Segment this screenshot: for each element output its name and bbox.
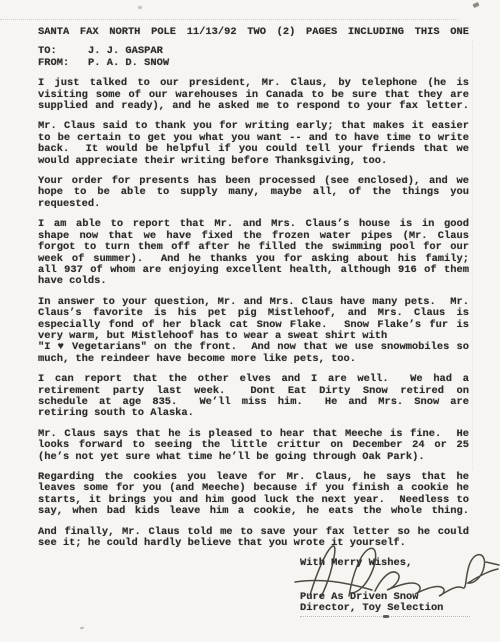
from-label: FROM: <box>38 58 88 69</box>
scan-artifact-edge <box>472 40 473 470</box>
scan-speck <box>80 627 84 630</box>
paragraph: I am able to report that Mr. and Mrs. Cl… <box>38 219 469 287</box>
paragraph: I can report that the other elves and I … <box>38 374 469 420</box>
scan-artifact-bottomline <box>300 616 470 617</box>
letter-line: I just talked to our president, Mr. Clau… <box>38 78 469 89</box>
paragraph: Mr. Claus says that he is pleased to hea… <box>38 429 469 463</box>
from-value: P. A. D. SNOW <box>88 58 169 69</box>
letter-line: hope to be able to supply many, maybe al… <box>38 187 469 198</box>
letter-line: have colds. <box>38 276 469 287</box>
scan-speck <box>383 615 389 618</box>
paragraph: Your order for presents has been process… <box>38 176 469 210</box>
letter-line: back. It would be helpful if you could t… <box>38 144 469 155</box>
fax-header-line: SANTA FAX NORTH POLE 11/13/92 TWO (2) PA… <box>38 27 469 38</box>
scan-speck <box>138 5 143 9</box>
scan-speck <box>472 2 479 8</box>
recipient-block: TO: J. J. GASPAR FROM: P. A. D. SNOW <box>38 46 469 69</box>
letter-line: would appreciate their writing before Th… <box>38 156 469 167</box>
scan-artifact-topline <box>0 19 458 20</box>
letter-line: retiring south to Alaska. <box>38 408 469 419</box>
paragraph: Mr. Claus said to thank you for writing … <box>38 121 469 167</box>
paragraph: I just talked to our president, Mr. Clau… <box>38 78 469 112</box>
from-row: FROM: P. A. D. SNOW <box>38 58 469 69</box>
paragraph: Regarding the cookies you leave for Mr. … <box>38 472 469 518</box>
letter-line: Claus’s favorite is his pet pig Mistleho… <box>38 308 469 319</box>
letter-line: (he’s not yet sure what time he’ll be go… <box>38 452 469 463</box>
letter-line: supplied and ready), and he asked me to … <box>38 101 469 112</box>
letter-line: much, the reindeer have become more like… <box>38 354 469 365</box>
letter-body-container: SANTA FAX NORTH POLE 11/13/92 TWO (2) PA… <box>38 27 469 615</box>
fax-letter-page: SANTA FAX NORTH POLE 11/13/92 TWO (2) PA… <box>0 0 500 642</box>
letter-line: looks forward to seeing the little critt… <box>38 440 469 451</box>
letter-line: I can report that the other elves and I … <box>38 374 469 385</box>
letter-line: I am able to report that Mr. and Mrs. Cl… <box>38 219 469 230</box>
letter-line: forgot to turn them off after he filled … <box>38 242 469 253</box>
letter-body: I just talked to our president, Mr. Clau… <box>38 78 469 549</box>
paragraph: In answer to your question, Mr. and Mrs.… <box>38 297 469 365</box>
letter-line: say, when bad kids leave him a cookie, h… <box>38 506 469 517</box>
handwritten-signature-icon <box>253 536 500 608</box>
letter-line: requested. <box>38 199 469 210</box>
